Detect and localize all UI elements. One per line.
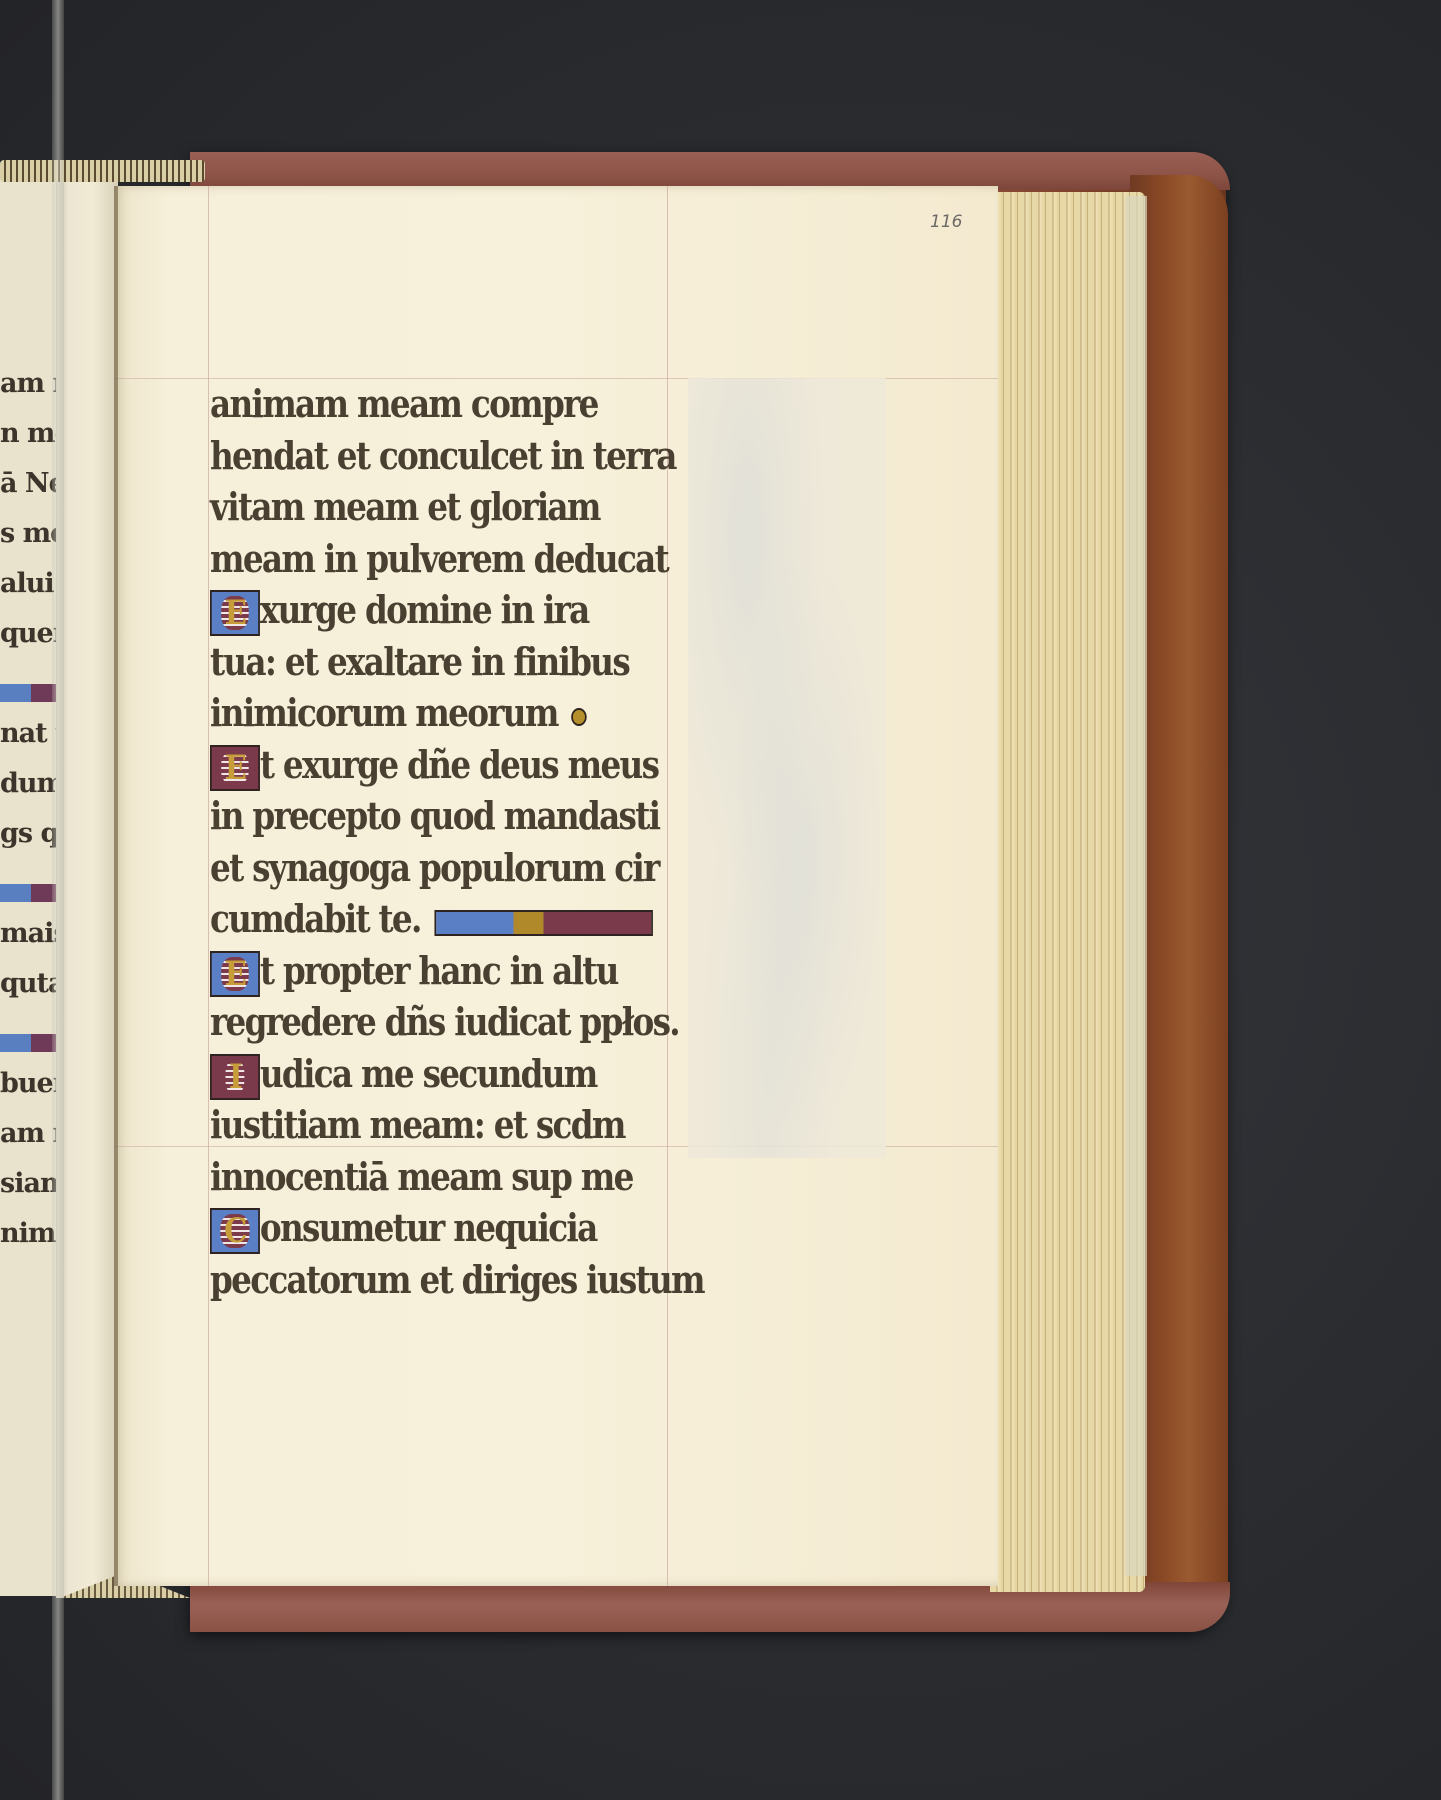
- text-line: iustitiam meam: et scdm: [210, 1099, 623, 1151]
- illuminated-initial: E: [210, 745, 260, 791]
- line-text: regredere dñs iudicat ppłos.: [210, 999, 679, 1044]
- line-filler-ornament: [434, 910, 652, 936]
- verso-text-fragment: alui: [0, 568, 54, 599]
- text-line: tua: et exaltare in finibus: [210, 636, 623, 688]
- text-line: cumdabit te.: [210, 893, 623, 945]
- line-text: in precepto quod mandasti: [210, 793, 659, 838]
- text-line: Et exurge dñe deus meus: [210, 739, 623, 791]
- text-line: regredere dñs iudicat ppłos.: [210, 996, 623, 1048]
- initial-letter: I: [226, 1060, 245, 1094]
- text-line: Iudica me secundum: [210, 1048, 623, 1100]
- paraph-ornament-icon: [571, 708, 586, 726]
- text-block: animam meam comprehendat et conculcet in…: [210, 378, 690, 1305]
- glass-rod-holder: [52, 0, 64, 1800]
- line-text: udica me secundum: [260, 1051, 597, 1096]
- text-line: et synagoga populorum cir: [210, 842, 623, 894]
- text-line: vitam meam et gloriam: [210, 481, 623, 533]
- folio-number: 116: [930, 212, 962, 232]
- line-text: animam meam compre: [210, 381, 598, 426]
- text-line: peccatorum et diriges iustum: [210, 1254, 623, 1306]
- line-text: t propter hanc in altu: [260, 948, 618, 993]
- line-text: peccatorum et diriges iustum: [210, 1257, 704, 1302]
- line-text: xurge domine in ira: [260, 587, 589, 632]
- text-line: inimicorum meorum: [210, 687, 623, 739]
- page-stack-edge: [990, 192, 1145, 1592]
- ruling-vertical: [208, 186, 209, 1586]
- text-line: Exurge domine in ira: [210, 584, 623, 636]
- initial-letter: C: [221, 1214, 249, 1248]
- initial-letter: E: [221, 957, 248, 991]
- line-text: hendat et conculcet in terra: [210, 433, 676, 478]
- page-stack-shade: [1125, 196, 1147, 1576]
- line-text: cumdabit te.: [210, 896, 421, 941]
- line-text: et synagoga populorum cir: [210, 845, 659, 890]
- line-text: inimicorum meorum: [210, 690, 558, 735]
- text-line: innocentiā meam sup me: [210, 1151, 623, 1203]
- text-line: Et propter hanc in altu: [210, 945, 623, 997]
- line-text: onsumetur nequicia: [260, 1205, 597, 1250]
- initial-letter: E: [221, 596, 248, 630]
- binding-top-edge: [190, 152, 1230, 190]
- text-line: animam meam compre: [210, 378, 623, 430]
- line-text: vitam meam et gloriam: [210, 484, 600, 529]
- text-line: Consumetur nequicia: [210, 1202, 623, 1254]
- initial-letter: E: [221, 751, 248, 785]
- line-text: innocentiā meam sup me: [210, 1154, 633, 1199]
- show-through-illumination: [688, 378, 886, 1158]
- text-line: hendat et conculcet in terra: [210, 430, 623, 482]
- text-line: in precepto quod mandasti: [210, 790, 623, 842]
- headband: [0, 160, 205, 182]
- gutter: [56, 168, 118, 1598]
- illuminated-initial: E: [210, 590, 260, 636]
- line-text: meam in pulverem deducat: [210, 536, 668, 581]
- illuminated-initial: E: [210, 951, 260, 997]
- text-line: meam in pulverem deducat: [210, 533, 623, 585]
- line-text: iustitiam meam: et scdm: [210, 1102, 625, 1147]
- illuminated-initial: I: [210, 1054, 260, 1100]
- line-text: t exurge dñe deus meus: [260, 742, 658, 787]
- line-text: tua: et exaltare in finibus: [210, 639, 629, 684]
- illuminated-initial: C: [210, 1208, 260, 1254]
- leaf-edge: [114, 186, 118, 1586]
